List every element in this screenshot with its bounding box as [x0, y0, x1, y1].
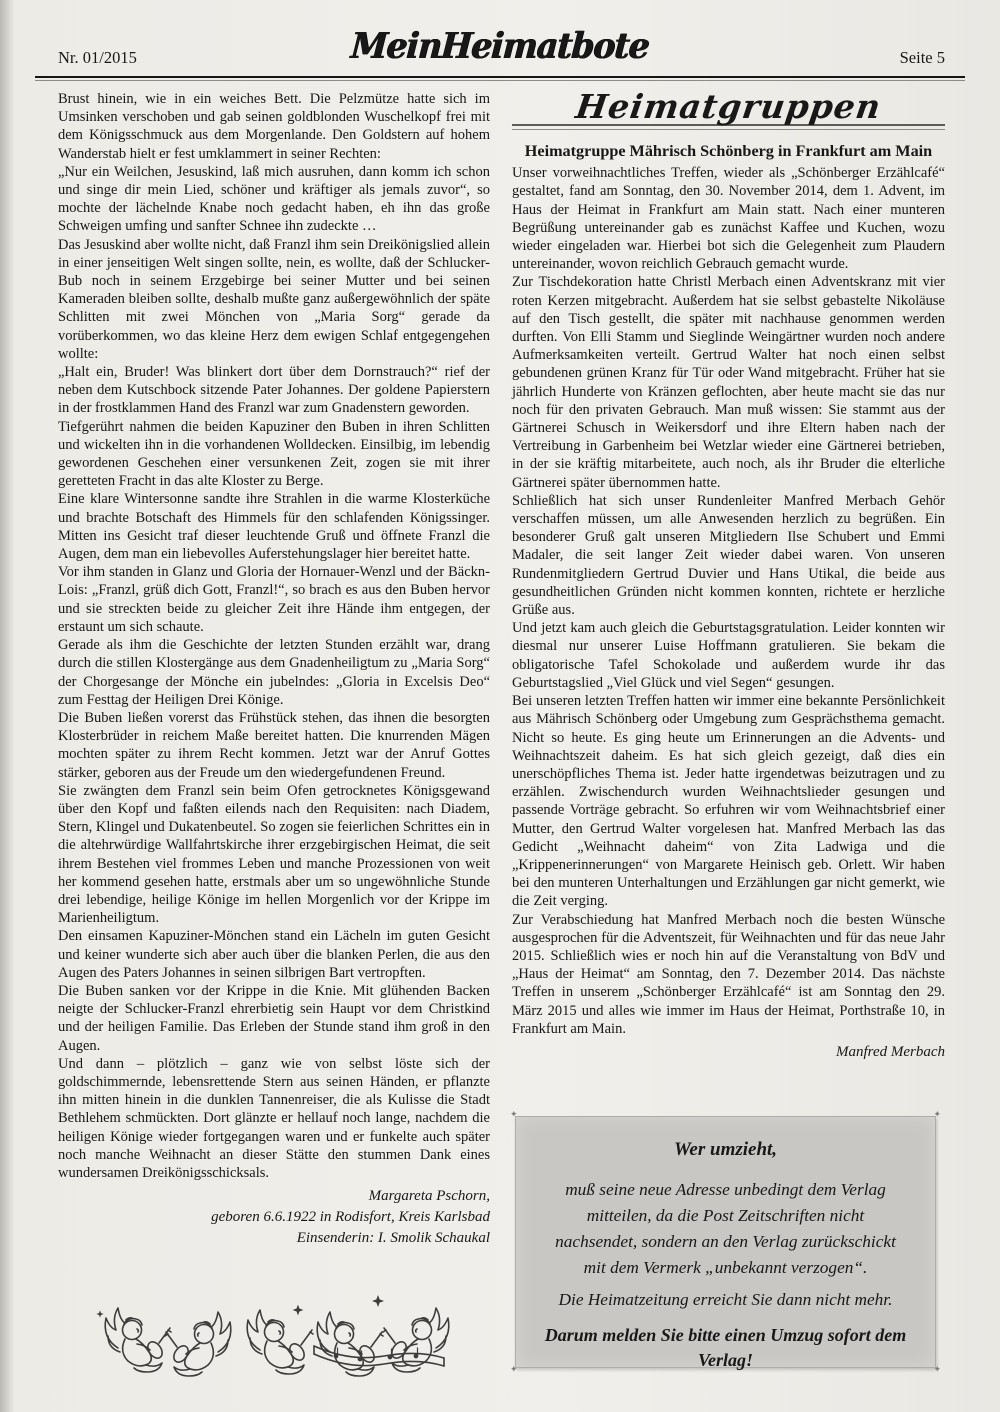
cherub-band-illustration — [92, 1284, 464, 1396]
story-paragraph: „Nur ein Weilchen, Jesuskind, laß mich a… — [58, 163, 490, 236]
page-number: Seite 5 — [900, 48, 945, 68]
story-paragraph: Gerade als ihm die Geschichte der letzte… — [58, 636, 490, 709]
notice-body: muß seine neue Adresse unbedingt dem Ver… — [544, 1177, 907, 1281]
article-body: Unser vorweihnachtliches Treffen, wieder… — [512, 164, 945, 1038]
sparkle-icon: ✦ — [933, 1365, 941, 1374]
article-signature: Manfred Merbach — [512, 1042, 945, 1063]
notice-heading: Wer umzieht, — [544, 1139, 907, 1161]
sparkle-icon: ✦ — [933, 1110, 941, 1119]
section-title: Heimatgruppen — [509, 84, 948, 130]
notice-line2: Die Heimatzeitung erreicht Sie dann nich… — [544, 1287, 907, 1313]
story-paragraph: Brust hinein, wie in ein weiches Bett. D… — [58, 90, 490, 163]
article-paragraph: Bei unseren letzten Treffen hatten wir i… — [512, 692, 945, 910]
story-paragraph: Tiefgerührt nahmen die beiden Kapuziner … — [58, 418, 490, 491]
sparkle-icon: ✦ — [510, 1365, 518, 1374]
story-body: Brust hinein, wie in ein weiches Bett. D… — [58, 90, 490, 1182]
story-paragraph: Eine klare Wintersonne sandte ihre Strah… — [58, 490, 490, 563]
signature-line: Einsenderin: I. Smolik Schaukal — [58, 1228, 490, 1249]
story-paragraph: Das Jesuskind aber wollte nicht, daß Fra… — [58, 236, 490, 363]
story-paragraph: Und dann – plötzlich – ganz wie von selb… — [58, 1055, 490, 1182]
header-divider — [35, 76, 965, 81]
moving-notice-box: ✦ ✦ ✦ ✦ Wer umzieht, muß seine neue Adre… — [515, 1116, 936, 1368]
article-paragraph: Schließlich hat sich unser Rundenleiter … — [512, 492, 945, 619]
story-signature: Margareta Pschorn,geboren 6.6.1922 in Ro… — [58, 1186, 490, 1249]
article-title: Heimatgruppe Mährisch Schönberg in Frank… — [512, 142, 945, 160]
article-paragraph: Zur Tischdekoration hatte Christl Merbac… — [512, 273, 945, 491]
sparkle-icon: ✦ — [510, 1110, 518, 1119]
story-paragraph: Vor ihm standen in Glanz und Gloria der … — [58, 563, 490, 636]
notice-emphasis: Darum melden Sie bitte einen Umzug sofor… — [544, 1323, 907, 1373]
story-paragraph: Die Buben ließen vorerst das Frühstück s… — [58, 709, 490, 782]
newspaper-page: Nr. 01/2015 MeinHeimatbote Seite 5 Brust… — [0, 0, 1000, 1412]
signature-line: geboren 6.6.1922 in Rodisfort, Kreis Kar… — [58, 1207, 490, 1228]
right-column: Heimatgruppen Heimatgruppe Mährisch Schö… — [512, 84, 945, 1063]
article-paragraph: Und jetzt kam auch gleich die Geburtstag… — [512, 619, 945, 692]
article-paragraph: Zur Verabschiedung hat Manfred Merbach n… — [512, 911, 945, 1038]
article-paragraph: Unser vorweihnachtliches Treffen, wieder… — [512, 164, 945, 273]
left-column: Brust hinein, wie in ein weiches Bett. D… — [58, 90, 490, 1249]
story-paragraph: „Halt ein, Bruder! Was blinkert dort übe… — [58, 363, 490, 418]
signature-line: Margareta Pschorn, — [58, 1186, 490, 1207]
story-paragraph: Die Buben sanken vor der Krippe in die K… — [58, 982, 490, 1055]
story-paragraph: Den einsamen Kapuziner-Mönchen stand ein… — [58, 927, 490, 982]
story-paragraph: Sie zwängten dem Franzl sein beim Ofen g… — [58, 782, 490, 928]
masthead-logo: MeinHeimatbote — [0, 24, 1000, 66]
section-heading: Heimatgruppen — [512, 84, 945, 136]
